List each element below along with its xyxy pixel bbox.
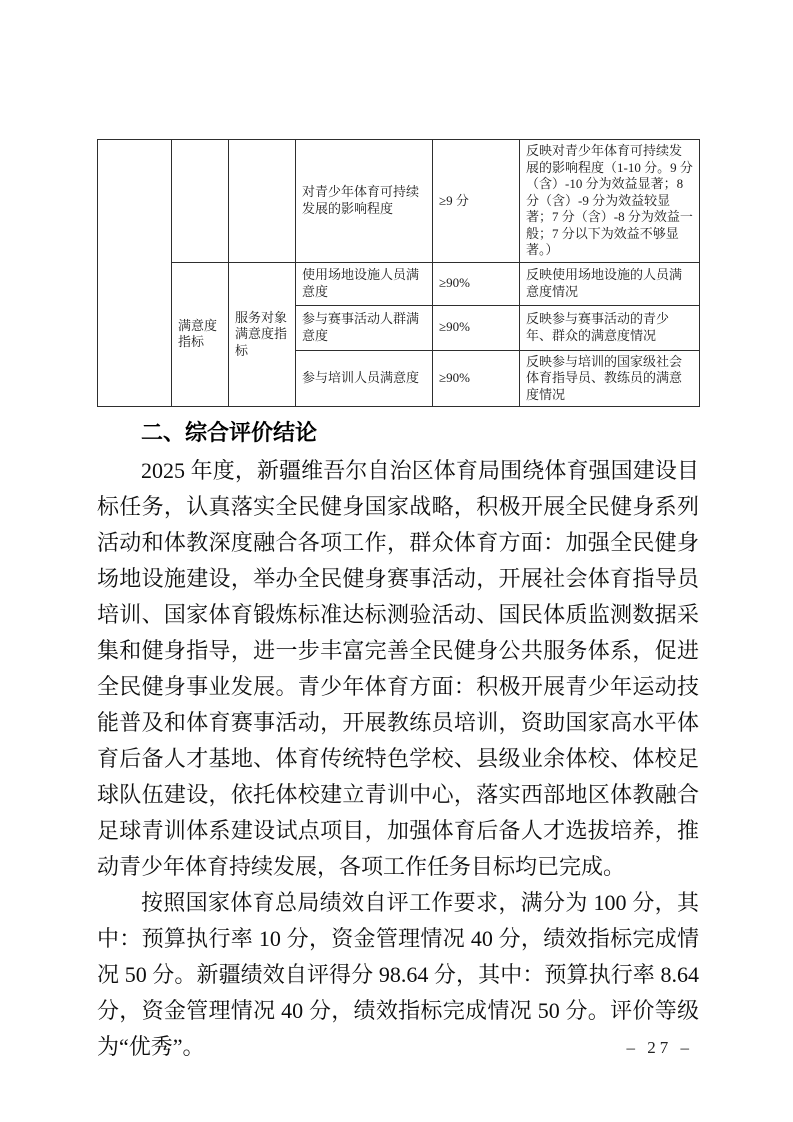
- table-cell-description: 反映对青少年体育可持续发展的影响程度（1-10 分。9 分（含）-10 分为效益…: [520, 140, 700, 263]
- table-cell-target: ≥90%: [433, 305, 520, 350]
- table-cell-target: ≥90%: [433, 350, 520, 407]
- body-paragraph-summary: 2025 年度，新疆维吾尔自治区体育局围绕体育强国建设目标任务，认真落实全民健身…: [97, 453, 699, 885]
- body-paragraph-score: 按照国家体育总局绩效自评工作要求，满分为 100 分，其中：预算执行率 10 分…: [97, 885, 699, 1065]
- table-cell-category: 满意度指标: [172, 262, 229, 407]
- table-row: 满意度指标 服务对象满意度指标 使用场地设施人员满意度 ≥90% 反映使用场地设…: [98, 262, 700, 305]
- table-cell-category-empty: [172, 140, 229, 263]
- table-cell-subcategory-empty: [229, 140, 296, 263]
- table-cell-indicator: 参与赛事活动人群满意度: [296, 305, 433, 350]
- table-cell-indicator: 使用场地设施人员满意度: [296, 262, 433, 305]
- page-number: – 27 –: [627, 1038, 694, 1058]
- document-page: 对青少年体育可持续发展的影响程度 ≥9 分 反映对青少年体育可持续发展的影响程度…: [0, 0, 793, 1122]
- table-cell-group-empty: [98, 140, 172, 407]
- page-content: 对青少年体育可持续发展的影响程度 ≥9 分 反映对青少年体育可持续发展的影响程度…: [97, 139, 699, 1065]
- table-cell-description: 反映使用场地设施的人员满意度情况: [520, 262, 700, 305]
- table-cell-description: 反映参与培训的国家级社会体育指导员、教练员的满意度情况: [520, 350, 700, 407]
- performance-indicator-table: 对青少年体育可持续发展的影响程度 ≥9 分 反映对青少年体育可持续发展的影响程度…: [97, 139, 700, 407]
- table-cell-subcategory: 服务对象满意度指标: [229, 262, 296, 407]
- table-row: 对青少年体育可持续发展的影响程度 ≥9 分 反映对青少年体育可持续发展的影响程度…: [98, 140, 700, 263]
- table-cell-description: 反映参与赛事活动的青少年、群众的满意度情况: [520, 305, 700, 350]
- table-cell-indicator: 参与培训人员满意度: [296, 350, 433, 407]
- section-heading: 二、综合评价结论: [97, 419, 699, 446]
- table-cell-target: ≥9 分: [433, 140, 520, 263]
- table-cell-indicator: 对青少年体育可持续发展的影响程度: [296, 140, 433, 263]
- table-cell-target: ≥90%: [433, 262, 520, 305]
